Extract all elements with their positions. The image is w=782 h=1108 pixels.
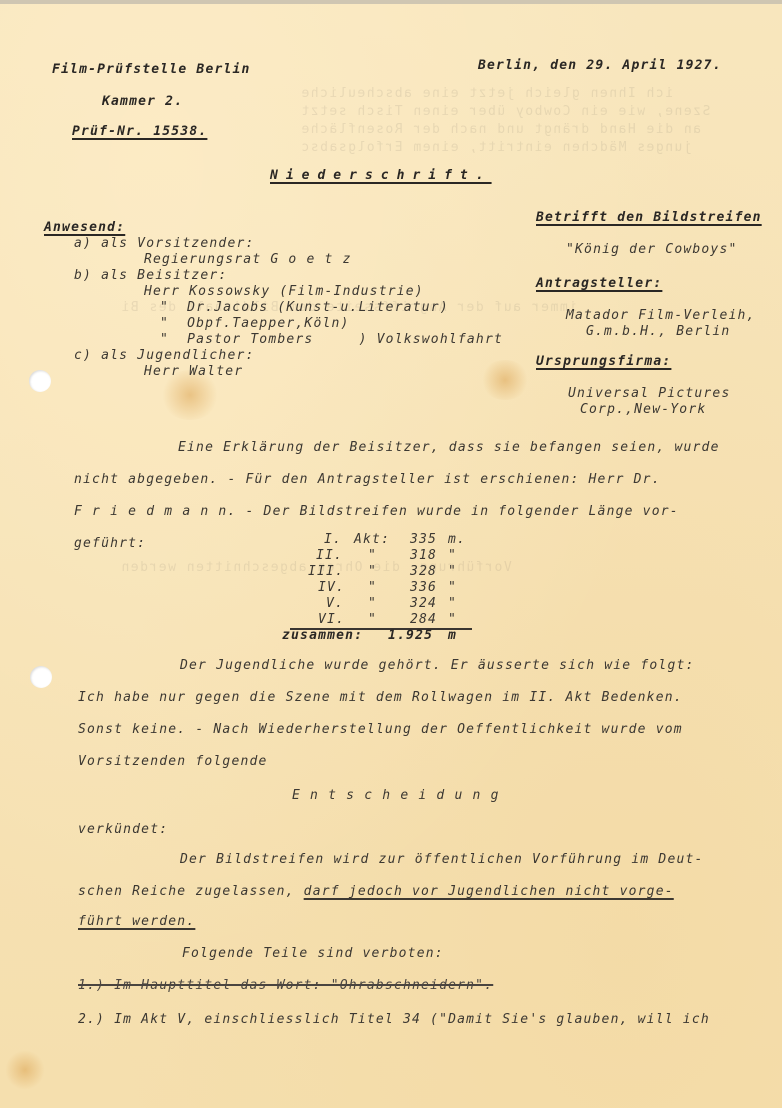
act-sep: " xyxy=(368,548,377,563)
punch-hole xyxy=(29,370,51,392)
body-line: F r i e d m a n n. - Der Bildstreifen wu… xyxy=(74,504,679,519)
chair-name: Regierungsrat G o e t z xyxy=(144,252,352,267)
decision-restriction: darf jedoch vor Jugendlichen nicht vorge… xyxy=(304,884,674,899)
act-label: VI. xyxy=(318,612,345,627)
act-label: III. xyxy=(308,564,344,579)
body-line: nicht abgegeben. - Für den Antragsteller… xyxy=(74,472,661,487)
body-line: geführt: xyxy=(74,536,146,551)
applicant-line2: G.m.b.H., Berlin xyxy=(586,324,730,339)
assessor-entry: " Pastor Tombers ) Volkswohlfahrt xyxy=(160,332,503,347)
origin-line2: Corp.,New-York xyxy=(580,402,706,417)
act-label: IV. xyxy=(318,580,345,595)
act-unit: m. xyxy=(448,532,466,547)
origin-line1: Universal Pictures xyxy=(568,386,730,401)
stain xyxy=(480,360,530,400)
act-sep: Akt: xyxy=(354,532,390,547)
document-page: ich Ihnen gleich jetzt eine abscheuliche… xyxy=(0,0,782,1108)
decision-text: schen Reiche zugelassen, xyxy=(78,884,304,899)
act-length: 324 xyxy=(410,596,437,611)
place-date: Berlin, den 29. April 1927. xyxy=(478,58,722,73)
youth-label: c) als Jugendlicher: xyxy=(74,348,255,363)
youth-name: Herr Walter xyxy=(144,364,243,379)
act-unit: " xyxy=(448,580,457,595)
act-sep: " xyxy=(368,580,377,595)
decision-line: schen Reiche zugelassen, darf jedoch vor… xyxy=(78,884,674,899)
hearing-line: Der Jugendliche wurde gehört. Er äussert… xyxy=(180,658,695,673)
stain xyxy=(5,1050,45,1090)
act-length: 336 xyxy=(410,580,437,595)
act-unit: " xyxy=(448,564,457,579)
bleed-through-text: Szene, wie ein Cowboy über einen Tisch s… xyxy=(300,104,710,119)
act-label: I. xyxy=(324,532,342,547)
act-label: II. xyxy=(316,548,343,563)
act-sep: " xyxy=(368,612,377,627)
act-length: 284 xyxy=(410,612,437,627)
present-heading: Anwesend: xyxy=(44,220,125,235)
hearing-line: Sonst keine. - Nach Wiederherstellung de… xyxy=(78,722,683,737)
bleed-through-text: ich Ihnen gleich jetzt eine abscheuliche xyxy=(300,86,673,101)
hearing-line: Vorsitzenden folgende xyxy=(78,754,268,769)
bleed-through-text: an die Hand drängt und nach der Rosenflä… xyxy=(300,122,701,137)
body-line: Eine Erklärung der Beisitzer, dass sie b… xyxy=(178,440,720,455)
act-label: V. xyxy=(326,596,344,611)
assessor-entry: Herr Kossowsky (Film-Industrie) xyxy=(144,284,424,299)
chair-label: a) als Vorsitzender: xyxy=(74,236,255,251)
act-unit: " xyxy=(448,612,457,627)
assessor-entry: " Dr.Jacobs (Kunst-u.Literatur) xyxy=(160,300,449,315)
act-length: 328 xyxy=(410,564,437,579)
decision-restriction: führt werden. xyxy=(78,914,195,929)
applicant-heading: Antragsteller: xyxy=(536,276,662,291)
act-length: 318 xyxy=(410,548,437,563)
act-unit: " xyxy=(448,596,457,611)
assessors-label: b) als Beisitzer: xyxy=(74,268,227,283)
bleed-through-text: junges Mädchen eintritt, einem Erfolgsab… xyxy=(300,140,692,155)
chamber: Kammer 2. xyxy=(102,94,183,109)
banned-item: 2.) Im Akt V, einschliesslich Titel 34 (… xyxy=(78,1012,710,1027)
act-sep: " xyxy=(368,564,377,579)
total-length: 1.925 xyxy=(388,628,433,643)
origin-heading: Ursprungsfirma: xyxy=(536,354,671,369)
applicant-line1: Matador Film-Verleih, xyxy=(566,308,756,323)
document-title: Niederschrift. xyxy=(270,168,492,183)
decision-line: Der Bildstreifen wird zur öffentlichen V… xyxy=(180,852,704,867)
announced-label: verkündet: xyxy=(78,822,168,837)
act-length: 335 xyxy=(410,532,437,547)
film-title: "König der Cowboys" xyxy=(566,242,738,257)
decision-heading: E n t s c h e i d u n g xyxy=(292,788,500,803)
assessor-entry: " Obpf.Taepper,Köln) xyxy=(160,316,350,331)
hearing-line: Ich habe nur gegen die Szene mit dem Rol… xyxy=(78,690,683,705)
banned-heading: Folgende Teile sind verboten: xyxy=(182,946,444,961)
total-unit: m xyxy=(448,628,457,643)
scan-edge xyxy=(0,0,782,4)
office-name: Film-Prüfstelle Berlin xyxy=(52,62,251,77)
reference-number: Prüf-Nr. 15538. xyxy=(72,124,207,139)
banned-item-struck: 1.) Im Haupttitel das Wort: "Ohrabschnei… xyxy=(78,978,493,993)
act-unit: " xyxy=(448,548,457,563)
punch-hole xyxy=(30,666,52,688)
subject-heading: Betrifft den Bildstreifen xyxy=(536,210,762,225)
act-sep: " xyxy=(368,596,377,611)
total-label: zusammen: xyxy=(282,628,363,643)
